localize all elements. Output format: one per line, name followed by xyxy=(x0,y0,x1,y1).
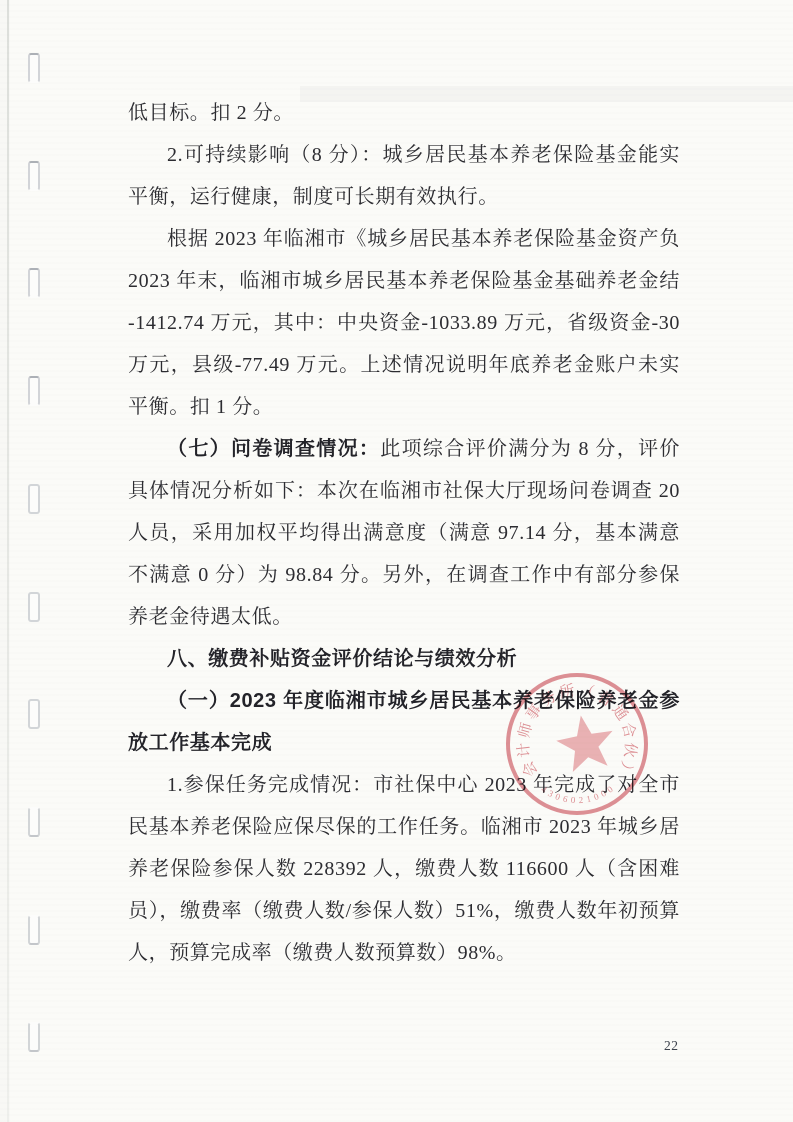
text-line: 低目标。扣 2 分。 xyxy=(128,92,680,134)
svg-text:0: 0 xyxy=(592,791,600,802)
svg-text:1: 1 xyxy=(585,794,591,805)
text-line: 2023 年末，临湘市城乡居民基本养老保险基金基础养老金结余为 xyxy=(128,260,680,302)
svg-text:0: 0 xyxy=(570,795,576,805)
svg-text:伙: 伙 xyxy=(620,742,639,759)
text-line: 人，预算完成率（缴费人数预算数）98%。 xyxy=(128,932,680,974)
binding-hole xyxy=(28,807,40,837)
document-lines: 低目标。扣 2 分。2.可持续影响（8 分）：城乡居民基本养老保险基金能实现收支… xyxy=(128,92,680,974)
text-line: 2.可持续影响（8 分）：城乡居民基本养老保险基金能实现收支 xyxy=(128,134,680,176)
text-line: 具体情况分析如下：本次在临湘市社保大厅现场问卷调查 20 名参保 xyxy=(128,470,680,512)
svg-text:（: （ xyxy=(578,682,596,701)
svg-text:计: 计 xyxy=(515,742,534,759)
svg-text:0: 0 xyxy=(554,791,562,802)
binding-hole xyxy=(28,376,40,406)
text-line: -1412.74 万元，其中：中央资金-1033.89 万元，省级资金-301.… xyxy=(128,302,680,344)
text-line: 根据 2023 年临湘市《城乡居民基本养老保险基金资产负责表》， xyxy=(128,218,680,260)
text-line: 不满意 0 分）为 98.84 分。另外，在调查工作中有部分参保人员反映 xyxy=(128,554,680,596)
text-line: 人员，采用加权平均得出满意度（满意 97.14 分，基本满意 1.7 分， xyxy=(128,512,680,554)
svg-text:所: 所 xyxy=(558,682,576,701)
binding-hole xyxy=(28,915,40,945)
binding-hole xyxy=(28,699,40,729)
svg-text:通: 通 xyxy=(608,701,631,723)
binding-hole xyxy=(28,53,40,83)
text-line: 平衡。扣 1 分。 xyxy=(128,386,680,428)
text-line: 员），缴费率（缴费人数/参保人数）51%，缴费人数年初预算 118550 xyxy=(128,890,680,932)
official-seal: 会计师事务所（普通合伙） 4306021000 xyxy=(497,664,657,824)
scan-edge-artifact xyxy=(7,0,9,1122)
binding-hole xyxy=(28,268,40,298)
svg-text:3: 3 xyxy=(546,788,555,799)
svg-text:师: 师 xyxy=(516,721,536,740)
page-number: 22 xyxy=(664,1036,679,1056)
svg-text:2: 2 xyxy=(578,795,583,805)
svg-text:合: 合 xyxy=(618,721,638,740)
svg-text:0: 0 xyxy=(605,784,615,795)
text-line: 平衡，运行健康，制度可长期有效执行。 xyxy=(128,176,680,218)
svg-text:务: 务 xyxy=(538,688,560,710)
star-icon xyxy=(556,716,612,773)
svg-text:事: 事 xyxy=(523,701,546,723)
text-line: （七）问卷调查情况：此项综合评价满分为 8 分，评价得分 8 分； xyxy=(128,428,680,470)
bold-run: （七）问卷调查情况： xyxy=(167,438,380,460)
svg-text:6: 6 xyxy=(562,794,569,805)
svg-text:会: 会 xyxy=(519,758,541,779)
binding-hole xyxy=(28,484,40,514)
text-line: 养老保险参保人数 228392 人，缴费人数 116600 人（含困难户代缴人 xyxy=(128,848,680,890)
scanned-document-page: { "page": { "background": "#fbfbf8", "pa… xyxy=(0,0,793,1122)
seal-serial-number: 4306021000 xyxy=(539,784,615,805)
svg-text:）: ） xyxy=(613,758,635,779)
text-line: 万元，县级-77.49 万元。上述情况说明年底养老金账户未实现收支 xyxy=(128,344,680,386)
svg-text:普: 普 xyxy=(594,688,616,710)
text-line: 养老金待遇太低。 xyxy=(128,596,680,638)
binding-hole xyxy=(28,592,40,622)
binding-hole xyxy=(28,161,40,191)
binding-hole xyxy=(28,1022,40,1052)
